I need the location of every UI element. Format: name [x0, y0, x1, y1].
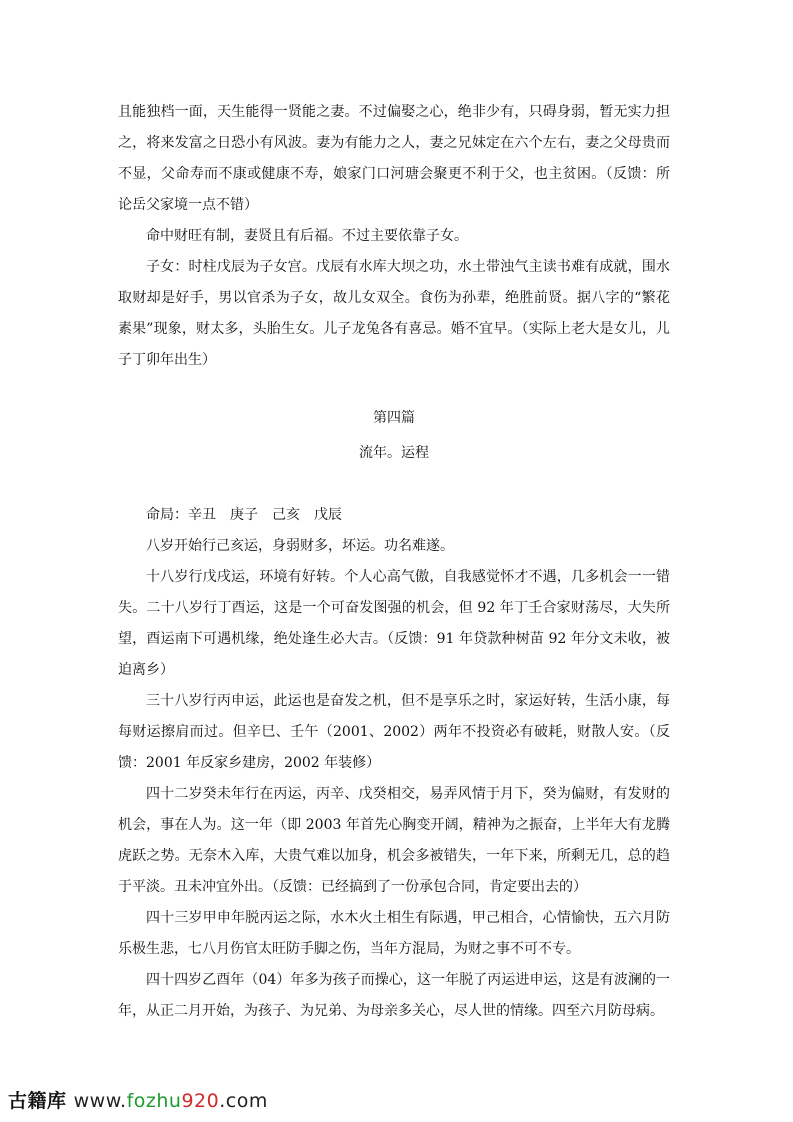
paragraph-age-44: 四十四岁乙酉年（04）年多为孩子而操心，这一年脱了丙运进申运，这是有波澜的一年，… [118, 965, 670, 1027]
paragraph-wealth: 命中财旺有制，妻贤且有后福。不过主要依靠子女。 [118, 221, 670, 252]
watermark-url-prefix: www. [74, 1090, 127, 1112]
watermark-site-name: 古籍库 [8, 1090, 67, 1112]
section-title: 流年。运程 [118, 443, 670, 463]
watermark-url-suffix: .com [219, 1090, 268, 1112]
paragraph-wife: 且能独档一面，天生能得一贤能之妻。不过偏娶之心，绝非少有，只碍身弱，暂无实力担之… [118, 97, 670, 221]
watermark-url-green: fozhu [127, 1090, 182, 1112]
paragraph-age-18-28: 十八岁行戊戌运，环境有好转。个人心高气傲，自我感觉怀才不遇，几多机会一一错失。二… [118, 562, 670, 686]
bazi-chart-line: 命局：辛丑 庚子 己亥 戊辰 [118, 500, 670, 531]
site-watermark: 古籍库 www.fozhu920.com [8, 1086, 268, 1113]
paragraph-age-38: 三十八岁行丙申运，此运也是奋发之机，但不是享乐之时，家运好转，生活小康，每每财运… [118, 686, 670, 779]
paragraph-age-42: 四十二岁癸未年行在丙运，丙辛、戊癸相交，易弄风情于月下，癸为偏财，有发财的机会，… [118, 779, 670, 903]
watermark-url-red: 920 [181, 1090, 219, 1112]
paragraph-age-43: 四十三岁甲申年脱丙运之际，水木火土相生有际遇，甲己相合，心情愉快，五六月防乐极生… [118, 903, 670, 965]
paragraph-children: 子女：时柱戊辰为子女宫。戊辰有水库大坝之功，水土带浊气主读书难有成就，围水取财却… [118, 252, 670, 376]
paragraph-age-8: 八岁开始行己亥运，身弱财多，坏运。功名难遂。 [118, 531, 670, 562]
chapter-heading: 第四篇 [118, 408, 670, 428]
